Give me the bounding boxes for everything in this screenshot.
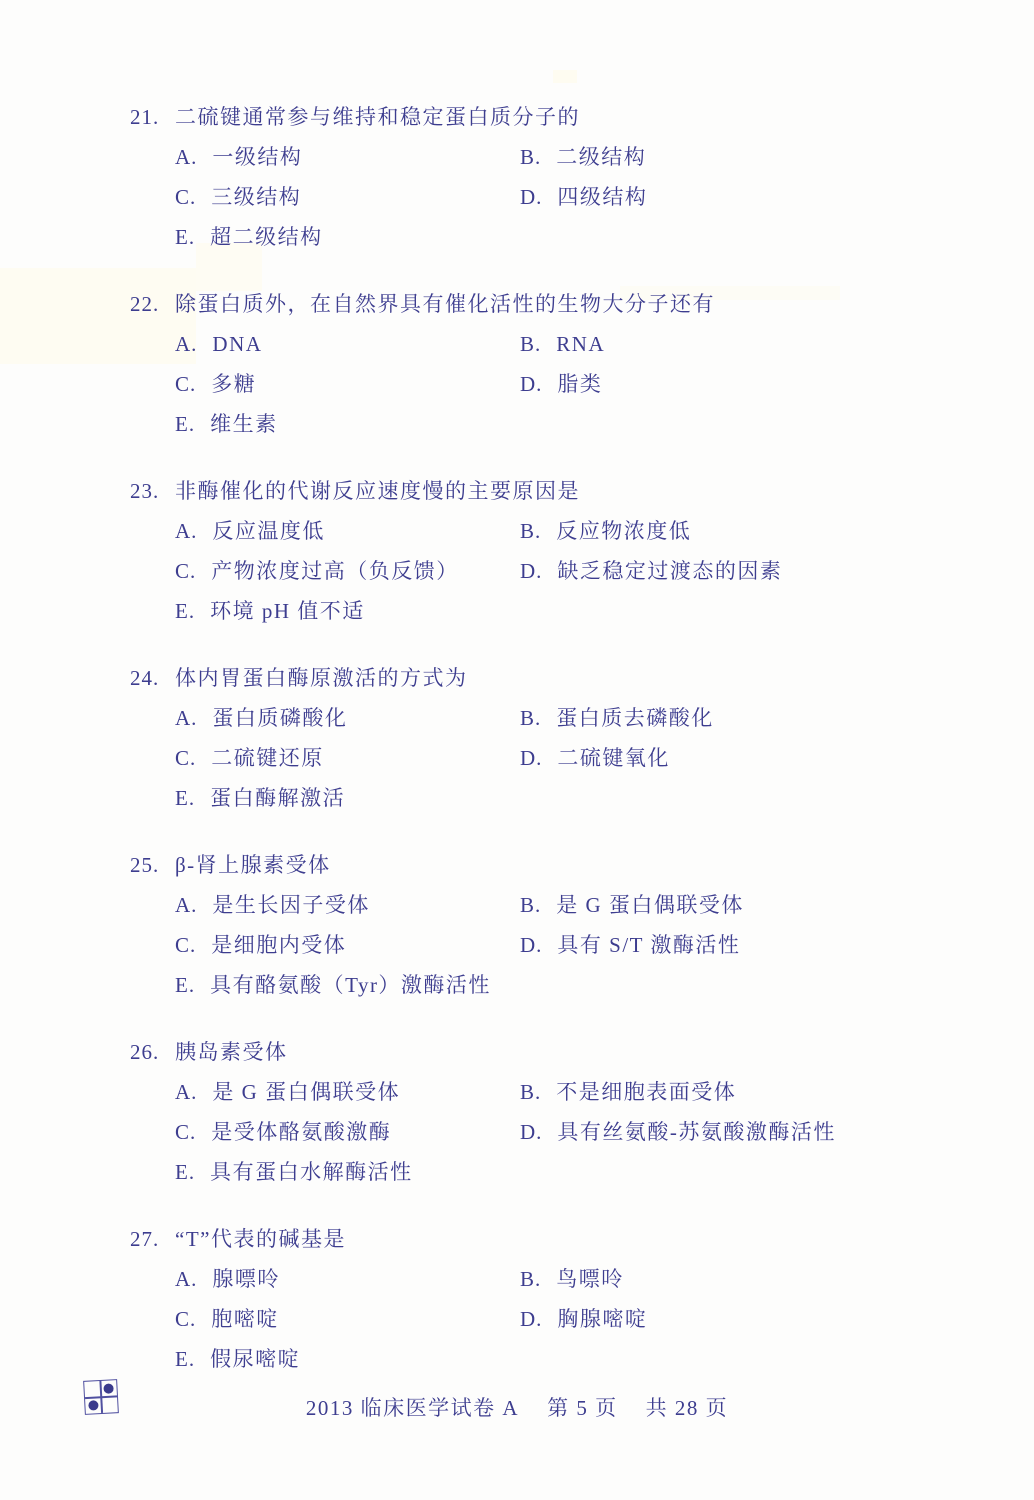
option-e: E.具有酪氨酸（Tyr）激酶活性 — [175, 965, 520, 1005]
option-label: A. — [175, 137, 197, 177]
options-grid: A.一级结构B.二级结构C.三级结构D.四级结构E.超二级结构 — [175, 137, 984, 257]
option-d: D.二硫键氧化 — [520, 738, 984, 778]
option-a: A.DNA — [175, 324, 520, 364]
option-text: 不是细胞表面受体 — [556, 1080, 736, 1104]
option-a: A.反应温度低 — [175, 511, 520, 551]
option-label: B. — [520, 1259, 541, 1299]
option-d: D.具有 S/T 激酶活性 — [520, 925, 984, 965]
question-stem: 除蛋白质外，在自然界具有催化活性的生物大分子还有 — [175, 292, 715, 316]
option-b: B.鸟嘌呤 — [520, 1259, 984, 1299]
option-label: C. — [175, 364, 196, 404]
option-text: 鸟嘌呤 — [556, 1267, 624, 1291]
option-text: 蛋白质磷酸化 — [212, 706, 347, 730]
option-b: B.二级结构 — [520, 137, 984, 177]
option-c: C.是受体酪氨酸激酶 — [175, 1112, 520, 1152]
question-line: 25.β-肾上腺素受体 — [130, 845, 984, 885]
option-label: D. — [520, 177, 542, 217]
option-label: A. — [175, 324, 197, 364]
question-number: 27. — [130, 1219, 175, 1259]
option-a: A.是 G 蛋白偶联受体 — [175, 1072, 520, 1112]
option-text: DNA — [212, 332, 262, 356]
options-grid: A.是生长因子受体B.是 G 蛋白偶联受体C.是细胞内受体D.具有 S/T 激酶… — [175, 885, 984, 1005]
option-label: D. — [520, 925, 542, 965]
option-label: C. — [175, 177, 196, 217]
question-stem: 胰岛素受体 — [175, 1040, 288, 1064]
option-d: D.缺乏稳定过渡态的因素 — [520, 551, 984, 591]
question-block: 25.β-肾上腺素受体 A.是生长因子受体B.是 G 蛋白偶联受体C.是细胞内受… — [130, 845, 984, 1005]
question-number: 22. — [130, 284, 175, 324]
option-label: E. — [175, 778, 195, 818]
option-c: C.胞嘧啶 — [175, 1299, 520, 1339]
option-d: D.脂类 — [520, 364, 984, 404]
option-e: E.具有蛋白水解酶活性 — [175, 1152, 520, 1192]
option-text: 是受体酪氨酸激酶 — [211, 1120, 391, 1144]
question-line: 21.二硫键通常参与维持和稳定蛋白质分子的 — [130, 97, 984, 137]
option-text: 超二级结构 — [210, 225, 323, 249]
option-label: C. — [175, 925, 196, 965]
option-text: 具有 S/T 激酶活性 — [557, 933, 740, 957]
option-text: RNA — [556, 332, 605, 356]
option-text: 反应物浓度低 — [556, 519, 691, 543]
options-grid: A.是 G 蛋白偶联受体B.不是细胞表面受体C.是受体酪氨酸激酶D.具有丝氨酸-… — [175, 1072, 984, 1192]
option-label: E. — [175, 591, 195, 631]
page-total: 共 28 页 — [646, 1396, 729, 1420]
option-label: A. — [175, 885, 197, 925]
option-text: 反应温度低 — [212, 519, 325, 543]
option-text: 具有丝氨酸-苏氨酸激酶活性 — [557, 1120, 836, 1144]
question-block: 23.非酶催化的代谢反应速度慢的主要原因是 A.反应温度低B.反应物浓度低C.产… — [130, 471, 984, 631]
question-number: 21. — [130, 97, 175, 137]
question-line: 24.体内胃蛋白酶原激活的方式为 — [130, 658, 984, 698]
question-line: 22.除蛋白质外，在自然界具有催化活性的生物大分子还有 — [130, 284, 984, 324]
option-e: E.假尿嘧啶 — [175, 1339, 520, 1379]
option-label: B. — [520, 511, 541, 551]
option-text: 是 G 蛋白偶联受体 — [556, 893, 744, 917]
option-label: D. — [520, 1299, 542, 1339]
question-stem: 非酶催化的代谢反应速度慢的主要原因是 — [175, 479, 580, 503]
option-label: D. — [520, 1112, 542, 1152]
question-stem: “T”代表的碱基是 — [175, 1227, 346, 1251]
options-grid: A.腺嘌呤B.鸟嘌呤C.胞嘧啶D.胸腺嘧啶E.假尿嘧啶 — [175, 1259, 984, 1379]
option-a: A.蛋白质磷酸化 — [175, 698, 520, 738]
question-stem: β-肾上腺素受体 — [175, 853, 331, 877]
option-a: A.是生长因子受体 — [175, 885, 520, 925]
option-label: A. — [175, 698, 197, 738]
option-text: 产物浓度过高（负反馈） — [211, 559, 459, 583]
option-text: 腺嘌呤 — [212, 1267, 280, 1291]
option-text: 环境 pH 值不适 — [210, 599, 365, 623]
option-label: E. — [175, 1152, 195, 1192]
options-grid: A.蛋白质磷酸化B.蛋白质去磷酸化C.二硫键还原D.二硫键氧化E.蛋白酶解激活 — [175, 698, 984, 818]
option-e: E.维生素 — [175, 404, 520, 444]
question-block: 21.二硫键通常参与维持和稳定蛋白质分子的 A.一级结构B.二级结构C.三级结构… — [130, 97, 984, 257]
option-text: 胞嘧啶 — [211, 1307, 279, 1331]
option-label: D. — [520, 551, 542, 591]
option-label: A. — [175, 1259, 197, 1299]
option-e: E.超二级结构 — [175, 217, 520, 257]
question-stem: 二硫键通常参与维持和稳定蛋白质分子的 — [175, 105, 580, 129]
option-text: 二硫键氧化 — [557, 746, 670, 770]
option-label: A. — [175, 1072, 197, 1112]
option-text: 维生素 — [210, 412, 278, 436]
option-text: 是生长因子受体 — [212, 893, 370, 917]
option-text: 蛋白酶解激活 — [210, 786, 345, 810]
option-text: 是 G 蛋白偶联受体 — [212, 1080, 400, 1104]
options-grid: A.反应温度低B.反应物浓度低C.产物浓度过高（负反馈）D.缺乏稳定过渡态的因素… — [175, 511, 984, 631]
option-text: 三级结构 — [211, 185, 301, 209]
option-a: A.一级结构 — [175, 137, 520, 177]
registration-mark — [83, 1379, 119, 1415]
option-label: B. — [520, 137, 541, 177]
option-text: 是细胞内受体 — [211, 933, 346, 957]
option-text: 多糖 — [211, 372, 256, 396]
option-b: B.不是细胞表面受体 — [520, 1072, 984, 1112]
question-number: 25. — [130, 845, 175, 885]
option-text: 具有酪氨酸（Tyr）激酶活性 — [210, 973, 491, 997]
question-line: 26.胰岛素受体 — [130, 1032, 984, 1072]
option-text: 二级结构 — [556, 145, 646, 169]
option-label: C. — [175, 738, 196, 778]
option-d: D.胸腺嘧啶 — [520, 1299, 984, 1339]
option-text: 二硫键还原 — [211, 746, 324, 770]
question-list: 21.二硫键通常参与维持和稳定蛋白质分子的 A.一级结构B.二级结构C.三级结构… — [130, 97, 984, 1406]
option-text: 四级结构 — [557, 185, 647, 209]
option-label: B. — [520, 885, 541, 925]
option-c: C.三级结构 — [175, 177, 520, 217]
option-label: B. — [520, 324, 541, 364]
question-block: 24.体内胃蛋白酶原激活的方式为 A.蛋白质磷酸化B.蛋白质去磷酸化C.二硫键还… — [130, 658, 984, 818]
option-b: B.RNA — [520, 324, 984, 364]
option-d: D.四级结构 — [520, 177, 984, 217]
option-c: C.产物浓度过高（负反馈） — [175, 551, 520, 591]
option-d: D.具有丝氨酸-苏氨酸激酶活性 — [520, 1112, 984, 1152]
option-label: E. — [175, 1339, 195, 1379]
question-block: 27.“T”代表的碱基是 A.腺嘌呤B.鸟嘌呤C.胞嘧啶D.胸腺嘧啶E.假尿嘧啶 — [130, 1219, 984, 1379]
option-label: B. — [520, 698, 541, 738]
option-text: 缺乏稳定过渡态的因素 — [557, 559, 782, 583]
question-number: 24. — [130, 658, 175, 698]
option-label: E. — [175, 965, 195, 1005]
option-label: C. — [175, 1112, 196, 1152]
option-b: B.反应物浓度低 — [520, 511, 984, 551]
option-label: B. — [520, 1072, 541, 1112]
question-block: 26.胰岛素受体 A.是 G 蛋白偶联受体B.不是细胞表面受体C.是受体酪氨酸激… — [130, 1032, 984, 1192]
option-text: 胸腺嘧啶 — [557, 1307, 647, 1331]
page-number: 第 5 页 — [547, 1396, 618, 1420]
option-label: D. — [520, 364, 542, 404]
option-e: E.环境 pH 值不适 — [175, 591, 520, 631]
question-number: 23. — [130, 471, 175, 511]
question-block: 22.除蛋白质外，在自然界具有催化活性的生物大分子还有 A.DNAB.RNAC.… — [130, 284, 984, 444]
registration-mark-dot — [88, 1400, 99, 1411]
option-label: E. — [175, 217, 195, 257]
option-a: A.腺嘌呤 — [175, 1259, 520, 1299]
scan-artifact — [553, 70, 577, 83]
option-text: 蛋白质去磷酸化 — [556, 706, 714, 730]
question-number: 26. — [130, 1032, 175, 1072]
question-stem: 体内胃蛋白酶原激活的方式为 — [175, 666, 468, 690]
option-text: 具有蛋白水解酶活性 — [210, 1160, 413, 1184]
option-c: C.二硫键还原 — [175, 738, 520, 778]
question-line: 23.非酶催化的代谢反应速度慢的主要原因是 — [130, 471, 984, 511]
registration-mark-dot — [103, 1383, 114, 1394]
option-label: D. — [520, 738, 542, 778]
option-b: B.是 G 蛋白偶联受体 — [520, 885, 984, 925]
option-c: C.是细胞内受体 — [175, 925, 520, 965]
option-label: C. — [175, 1299, 196, 1339]
option-text: 假尿嘧啶 — [210, 1347, 300, 1371]
option-label: E. — [175, 404, 195, 444]
option-c: C.多糖 — [175, 364, 520, 404]
exam-title: 2013 临床医学试卷 A — [306, 1396, 519, 1420]
option-b: B.蛋白质去磷酸化 — [520, 698, 984, 738]
option-text: 一级结构 — [212, 145, 302, 169]
option-label: A. — [175, 511, 197, 551]
question-line: 27.“T”代表的碱基是 — [130, 1219, 984, 1259]
options-grid: A.DNAB.RNAC.多糖D.脂类E.维生素 — [175, 324, 984, 444]
option-text: 脂类 — [557, 372, 602, 396]
page-footer: 2013 临床医学试卷 A第 5 页共 28 页 — [0, 1392, 1034, 1422]
option-e: E.蛋白酶解激活 — [175, 778, 520, 818]
option-label: C. — [175, 551, 196, 591]
